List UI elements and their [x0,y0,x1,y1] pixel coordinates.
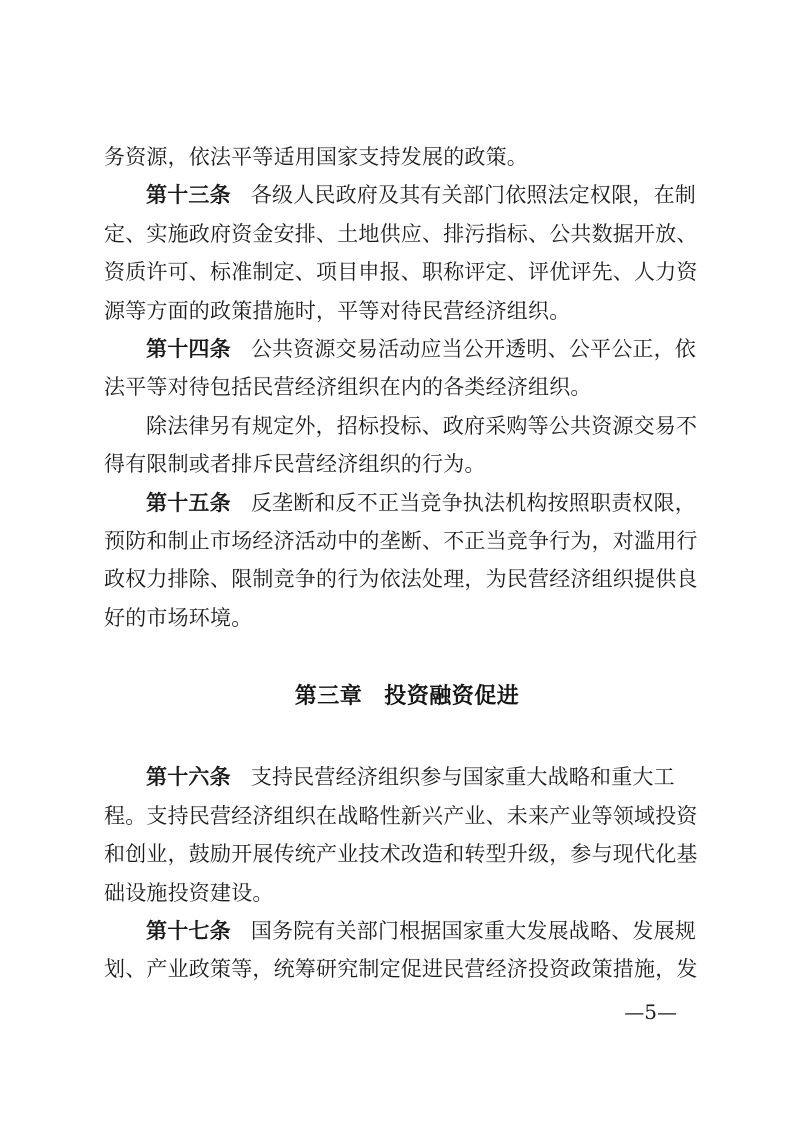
text-line: 政权力排除、限制竞争的行为依法处理，为民营经济组织提供良 [104,560,710,598]
document-body: 务资源，依法平等适用国家支持发展的政策。第十三条各级人民政府及其有关部门依照法定… [104,138,710,989]
text-line: 第十四条公共资源交易活动应当公开透明、公平公正，依 [104,330,710,368]
text-line: 资质许可、标准制定、项目申报、职称评定、评优评先、人力资 [104,253,710,291]
text-line: 源等方面的政策措施时，平等对待民营经济组织。 [104,292,710,330]
article-text: 公共资源交易活动应当公开透明、公平公正，依 [251,337,696,361]
document-page: 务资源，依法平等适用国家支持发展的政策。第十三条各级人民政府及其有关部门依照法定… [0,0,793,1122]
article-text: 国务院有关部门根据国家重大发展战略、发展规 [251,919,696,943]
article-text: 各级人民政府及其有关部门依照法定权限，在制 [251,183,696,207]
chapter-number: 第三章 [295,684,363,709]
text-line: 除法律另有规定外，招标投标、政府采购等公共资源交易不 [104,407,710,445]
article-number: 第十七条 [146,919,231,943]
chapter-heading: 第三章投资融资促进 [104,678,710,716]
text-line: 定、实施政府资金安排、土地供应、排污指标、公共数据开放、 [104,215,710,253]
text-line: 预防和制止市场经济活动中的垄断、不正当竞争行为，对滥用行 [104,522,710,560]
article-number: 第十五条 [146,491,231,515]
text-line: 第十七条国务院有关部门根据国家重大发展战略、发展规 [104,912,710,950]
text-line: 得有限制或者排斥民营经济组织的行为。 [104,445,710,483]
text-line: 和创业，鼓励开展传统产业技术改造和转型升级，参与现代化基 [104,835,710,873]
text-line: 础设施投资建设。 [104,874,710,912]
article-text: 反垄断和反不正当竞争执法机构按照职责权限， [251,491,696,515]
text-line: 第十三条各级人民政府及其有关部门依照法定权限，在制 [104,176,710,214]
text-line: 程。支持民营经济组织在战略性新兴产业、未来产业等领域投资 [104,797,710,835]
article-number: 第十四条 [146,337,231,361]
text-line: 第十六条支持民营经济组织参与国家重大战略和重大工 [104,758,710,796]
text-line: 好的市场环境。 [104,599,710,637]
page-number: —5— [624,1000,677,1024]
article-text: 支持民营经济组织参与国家重大战略和重大工 [251,765,675,789]
text-line: 务资源，依法平等适用国家支持发展的政策。 [104,138,710,176]
text-line: 第十五条反垄断和反不正当竞争执法机构按照职责权限， [104,484,710,522]
article-number: 第十三条 [146,183,231,207]
article-number: 第十六条 [146,765,231,789]
text-line: 划、产业政策等，统筹研究制定促进民营经济投资政策措施，发 [104,950,710,988]
chapter-title: 投资融资促进 [384,684,519,709]
text-line: 法平等对待包括民营经济组织在内的各类经济组织。 [104,368,710,406]
